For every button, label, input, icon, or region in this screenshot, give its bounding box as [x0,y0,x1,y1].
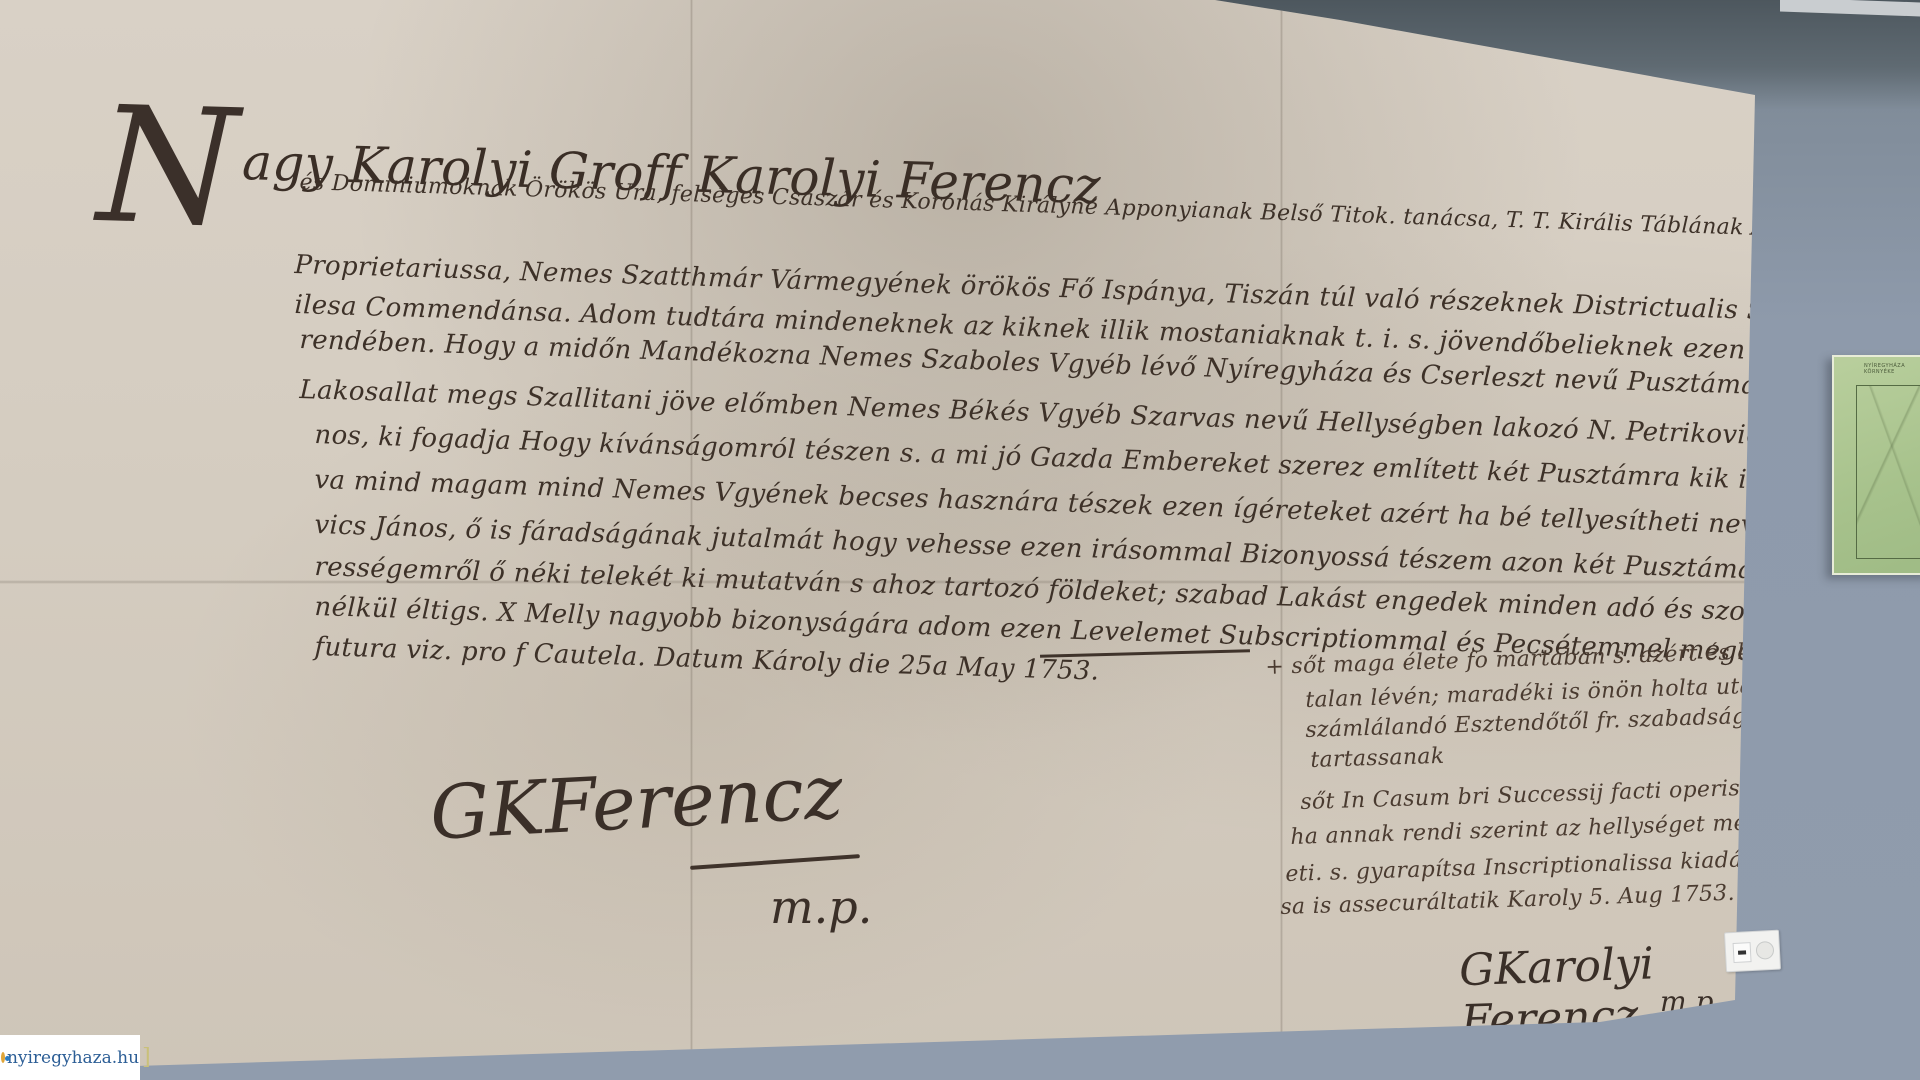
socket-icon [1756,941,1775,960]
signature-main-mark: m.p. [770,880,872,934]
power-outlet [1724,930,1781,973]
signature-right-mark: m.p. [1660,985,1722,1018]
usb-port-icon [1733,942,1752,963]
map-title: NYÍREGYHÁZA KÖRNYÉKE [1864,363,1920,375]
watermark-text: nyiregyhaza.hu [7,1048,139,1068]
marginal-note-1-line-4: tartassanak [1310,744,1445,773]
date-underline [1040,649,1250,657]
wall-map-panel: NYÍREGYHÁZA KÖRNYÉKE [1832,355,1920,575]
signature-flourish [690,854,860,870]
site-watermark: [ nyiregyhaza.hu ] [0,1035,140,1080]
marginal-note-2-line-4: sa is assecuráltatik Karoly 5. Aug 1753. [1280,881,1735,920]
site-logo-icon [1,1052,5,1063]
marginal-note-2-line-2: ha annak rendi szerint az hellységet meg… [1290,809,1798,850]
signature-main: GKFerencz [428,749,845,856]
marginal-note-2-line-1: sőt In Casum bri Successij facti operis [1300,776,1740,815]
title-initial: N [95,71,240,262]
historical-charter: Nagy Karolyi Groff Karolyi Ferencz és Do… [0,0,1760,1080]
watermark-bracket-right: ] [142,1045,151,1070]
map-frame [1856,385,1920,559]
marginal-note-2-line-3: eti. s. gyarapítsa Inscriptionalissa kia… [1285,847,1751,887]
